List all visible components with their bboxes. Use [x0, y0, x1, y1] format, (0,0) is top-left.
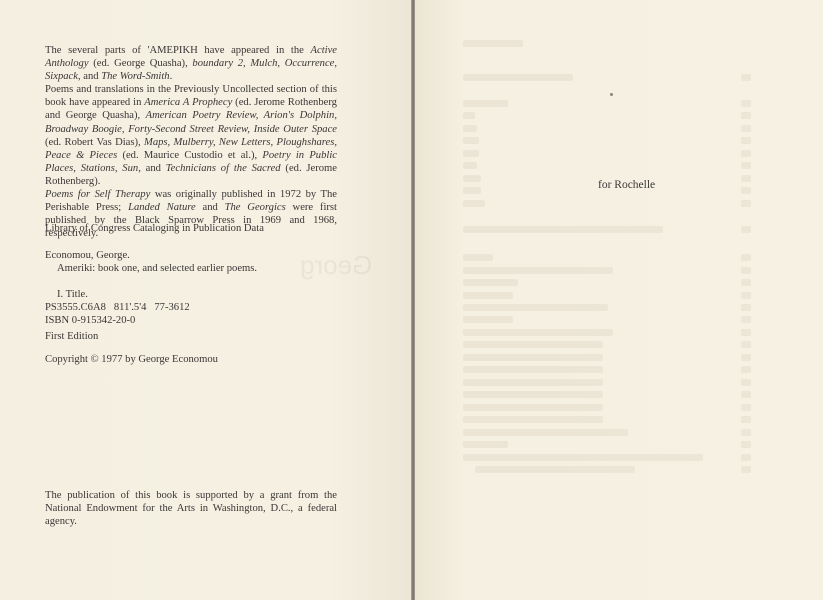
acknowledgments: The several parts of 'AMEPIKH have appea…: [45, 44, 337, 240]
show-through-line: [741, 125, 751, 132]
show-through-line: [741, 316, 751, 323]
show-through-line: [463, 391, 603, 398]
show-through-line: [463, 416, 603, 423]
cip-author: Economou, George.: [45, 249, 337, 262]
show-through-line: [463, 354, 603, 361]
copyright-page: Georg The several parts of 'AMEPIKH have…: [0, 0, 412, 600]
show-through-line: [741, 454, 751, 461]
show-through-line: [463, 316, 513, 323]
grant-notice: The publication of this book is supporte…: [45, 489, 337, 528]
show-through-line: [463, 74, 573, 81]
show-through-line: [741, 341, 751, 348]
edition-statement: First Edition: [45, 330, 337, 343]
show-through-line: [741, 267, 751, 274]
show-through-line: [463, 379, 603, 386]
cip-isbn: ISBN 0-915342-20-0: [45, 314, 337, 327]
show-through-line: [463, 454, 703, 461]
show-through-line: [741, 404, 751, 411]
show-through-line: [741, 466, 751, 473]
paper-speck: [610, 93, 613, 96]
book-spread: Georg The several parts of 'AMEPIKH have…: [0, 0, 823, 600]
show-through-line: [463, 292, 513, 299]
show-through-line: [463, 125, 477, 132]
show-through-line: [741, 292, 751, 299]
show-through-line: [463, 100, 508, 107]
dedication-page: [415, 0, 823, 600]
show-through-line: [463, 404, 603, 411]
show-through-line: [741, 379, 751, 386]
show-through-line: [741, 100, 751, 107]
copyright-notice: Copyright © 1977 by George Economou: [45, 353, 337, 366]
show-through-line: [741, 329, 751, 336]
show-through-line: [741, 441, 751, 448]
show-through-line: [741, 74, 751, 81]
cip-subject: I. Title.: [45, 288, 349, 301]
show-through-line: [463, 366, 603, 373]
show-through-line: [463, 254, 493, 261]
show-through-line: [741, 366, 751, 373]
cip-title: Ameriki: book one, and selected earlier …: [45, 262, 349, 275]
show-through-line: [741, 137, 751, 144]
show-through-line: [463, 150, 479, 157]
show-through-line: [741, 112, 751, 119]
show-through-line: [741, 429, 751, 436]
show-through-line: [463, 329, 613, 336]
show-through-line: [463, 341, 603, 348]
show-through-line: [463, 304, 608, 311]
show-through-line: [741, 162, 751, 169]
show-through-line: [463, 279, 518, 286]
show-through-line: [463, 175, 481, 182]
show-through-line: [463, 137, 479, 144]
show-through-line: [741, 150, 751, 157]
show-through-line: [463, 429, 628, 436]
show-through-line: [741, 354, 751, 361]
show-through-line: [741, 304, 751, 311]
cip-classification: PS3555.C6A8 811'.5'4 77-3612: [45, 301, 337, 314]
ack-paragraph: The several parts of 'AMEPIKH have appea…: [45, 44, 337, 83]
show-through-line: [741, 254, 751, 261]
show-through-line: [741, 200, 751, 207]
show-through-line: [741, 226, 751, 233]
cip-heading: Library of Congress Cataloging in Public…: [45, 222, 337, 235]
show-through-line: [463, 40, 523, 47]
show-through-line: [475, 466, 635, 473]
show-through-line: [463, 267, 613, 274]
show-through-line: [463, 441, 508, 448]
show-through-line: [741, 175, 751, 182]
show-through-line: [463, 200, 485, 207]
show-through-line: [463, 162, 477, 169]
ack-paragraph: Poems and translations in the Previously…: [45, 83, 337, 188]
show-through-line: [741, 416, 751, 423]
show-through-line: [463, 226, 663, 233]
dedication: for Rochelle: [598, 179, 655, 191]
show-through-line: [741, 187, 751, 194]
show-through-line: [463, 187, 481, 194]
show-through-line: [741, 279, 751, 286]
show-through-line: [463, 112, 475, 119]
show-through-line: [741, 391, 751, 398]
